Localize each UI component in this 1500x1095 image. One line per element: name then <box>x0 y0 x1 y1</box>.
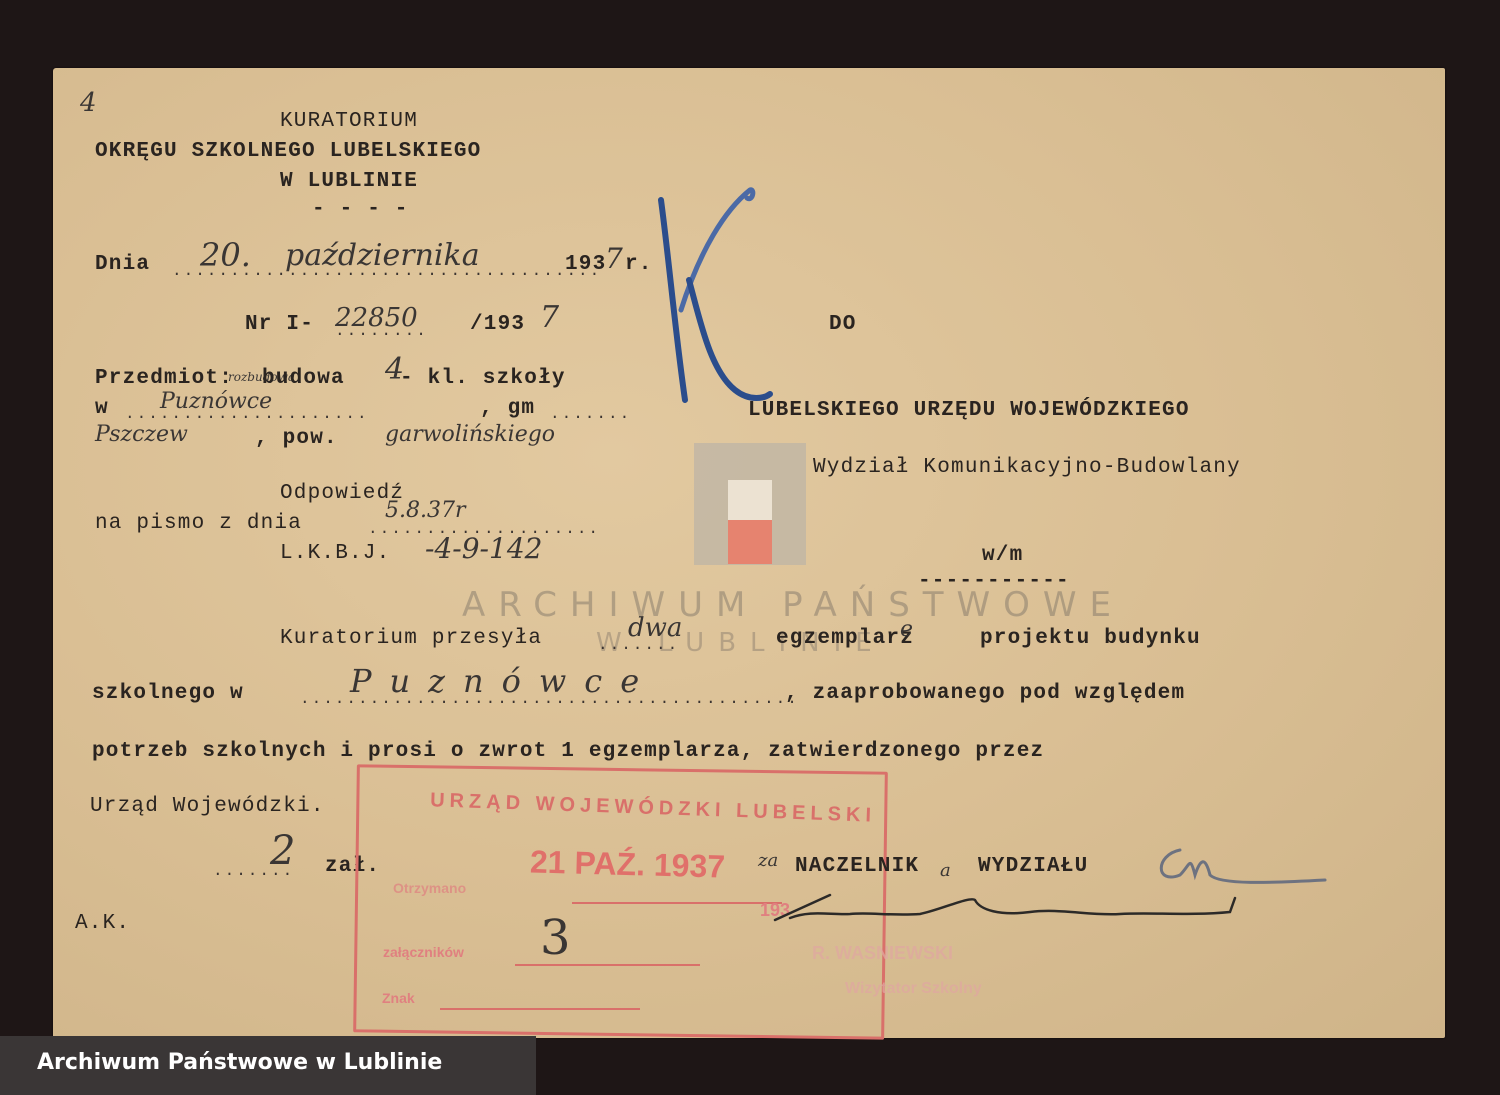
initials: A.K. <box>75 912 130 935</box>
date-suffix: r. <box>625 253 653 276</box>
received-stamp-date-line <box>572 902 782 904</box>
received-stamp-attachments-value: 3 <box>540 910 571 966</box>
body-village: Puznówce <box>350 662 657 700</box>
header-separator: - - - - <box>312 198 409 221</box>
date-year: 193 <box>565 253 606 276</box>
header-line-1: KURATORIUM <box>280 110 418 133</box>
subject-gmina-label: , gm <box>480 397 535 420</box>
official-name-stamp: R. WASNIEWSKI <box>812 943 953 964</box>
body-line-2-start: szkolnego w <box>92 682 244 705</box>
received-stamp-received-label: Otrzymano <box>393 880 466 896</box>
body-line-2-end: , zaaprobowanego pod względem <box>785 682 1185 705</box>
archive-caption-text: Archiwum Państwowe w Lublinie <box>37 1050 442 1075</box>
received-stamp-sign-label: Znak <box>382 990 415 1006</box>
subject-value: budowa <box>262 367 345 390</box>
body-line-1-end: projektu budynku <box>980 627 1201 650</box>
body-copy-count: dwa <box>628 613 682 643</box>
subject-gmina-dots: ....... <box>550 405 631 423</box>
addressee-location: w/m <box>982 544 1023 567</box>
addressee-office: LUBELSKIEGO URZĘDU WOJEWÓDZKIEGO <box>748 399 1190 422</box>
reply-letter-date: 5.8.37r <box>385 498 466 523</box>
body-line-3: potrzeb szkolnych i prosi o zwrot 1 egze… <box>92 740 1044 763</box>
reference-dots: ........ <box>335 322 428 340</box>
header-line-2: OKRĘGU SZKOLNEGO LUBELSKIEGO <box>95 140 481 163</box>
subject-label: Przedmiot: <box>95 367 233 390</box>
subject-powiat-label: , pow. <box>255 427 338 450</box>
archive-logo-watermark <box>694 443 806 565</box>
attachments-count: 2 <box>270 828 295 874</box>
reference-label: Nr I- <box>245 313 314 336</box>
pencil-initial-mark <box>1150 845 1330 895</box>
body-copy-suffix: e <box>900 617 913 642</box>
signature-title-suffix: a <box>940 860 951 881</box>
body-line-4: Urząd Wojewódzki. <box>90 795 325 818</box>
header-line-3: W LUBLINIE <box>280 170 418 193</box>
received-stamp-date: 21 PAŹ. 1937 <box>530 843 726 885</box>
signature-title-rest: WYDZIAŁU <box>978 855 1088 878</box>
flag-white-block <box>728 480 772 520</box>
reply-case-label: L.K.B.J. <box>280 542 390 565</box>
signature-title: NACZELNIK <box>795 855 919 878</box>
reference-year-digit: 7 <box>540 300 559 335</box>
handwritten-signature <box>770 890 1250 930</box>
subject-gmina: Pszczew <box>95 422 188 447</box>
archive-caption-bar: Archiwum Państwowe w Lublinie <box>0 1036 536 1095</box>
reply-letter-label: na pismo z dnia <box>95 512 302 535</box>
official-role-stamp: Wizytator Szkolny <box>845 980 982 998</box>
subject-in-label: w <box>95 397 109 420</box>
margin-letter-k-mark <box>655 180 775 410</box>
reference-year: /193 <box>470 313 525 336</box>
received-stamp-attachments-label: załączników <box>383 944 464 960</box>
date-label: Dnia <box>95 253 150 276</box>
received-stamp-sign-line <box>440 1008 640 1010</box>
page-number-mark: 4 <box>80 88 97 118</box>
subject-village: Puznówce <box>160 389 272 414</box>
date-month: października <box>285 238 480 273</box>
reply-case-number: -4-9-142 <box>425 532 542 565</box>
flag-red-block <box>728 520 772 564</box>
date-day: 20. <box>200 236 251 274</box>
addressee-department: Wydział Komunikacyjno-Budowlany <box>813 456 1241 479</box>
subject-suffix: - kl. szkoły <box>400 367 566 390</box>
watermark-line-1: ARCHIWUM PAŃSTWOWE <box>462 585 1124 625</box>
date-year-digit: 7 <box>605 242 623 275</box>
subject-powiat: garwolińskiego <box>385 422 555 447</box>
signature-prefix: za <box>758 850 778 871</box>
body-line-1-start: Kuratorium przesyła <box>280 627 542 650</box>
body-line-1-mid: egzemplarz <box>776 627 914 650</box>
addressee-to: DO <box>829 313 857 336</box>
